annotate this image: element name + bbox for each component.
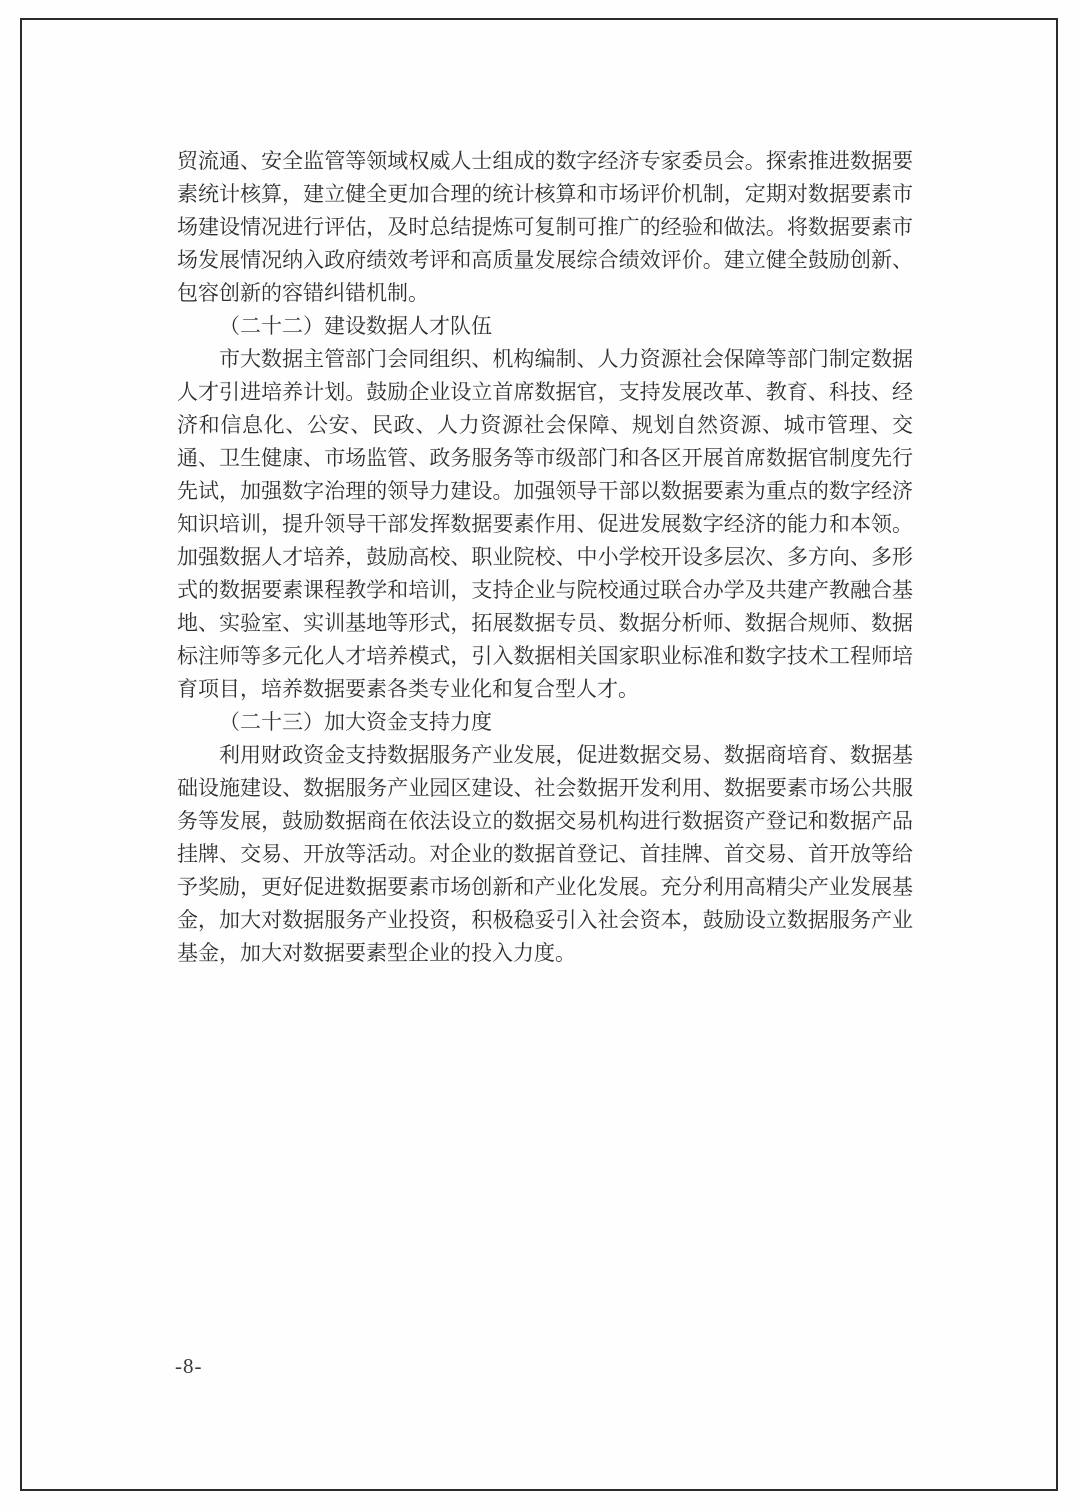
section-heading-22: （二十二）建设数据人才队伍 xyxy=(177,310,913,343)
paragraph-data-talent: 市大数据主管部门会同组织、机构编制、人力资源社会保障等部门制定数据人才引进培养计… xyxy=(177,343,913,706)
page-number: -8- xyxy=(175,1351,203,1381)
paragraph-funding-support: 利用财政资金支持数据服务产业发展，促进数据交易、数据商培育、数据基础设施建设、数… xyxy=(177,739,913,970)
paragraph-continuation: 贸流通、安全监管等领域权威人士组成的数字经济专家委员会。探索推进数据要素统计核算… xyxy=(177,145,913,310)
document-page: 贸流通、安全监管等领域权威人士组成的数字经济专家委员会。探索推进数据要素统计核算… xyxy=(0,0,1080,1510)
section-heading-23: （二十三）加大资金支持力度 xyxy=(177,706,913,739)
document-body: 贸流通、安全监管等领域权威人士组成的数字经济专家委员会。探索推进数据要素统计核算… xyxy=(177,145,913,970)
